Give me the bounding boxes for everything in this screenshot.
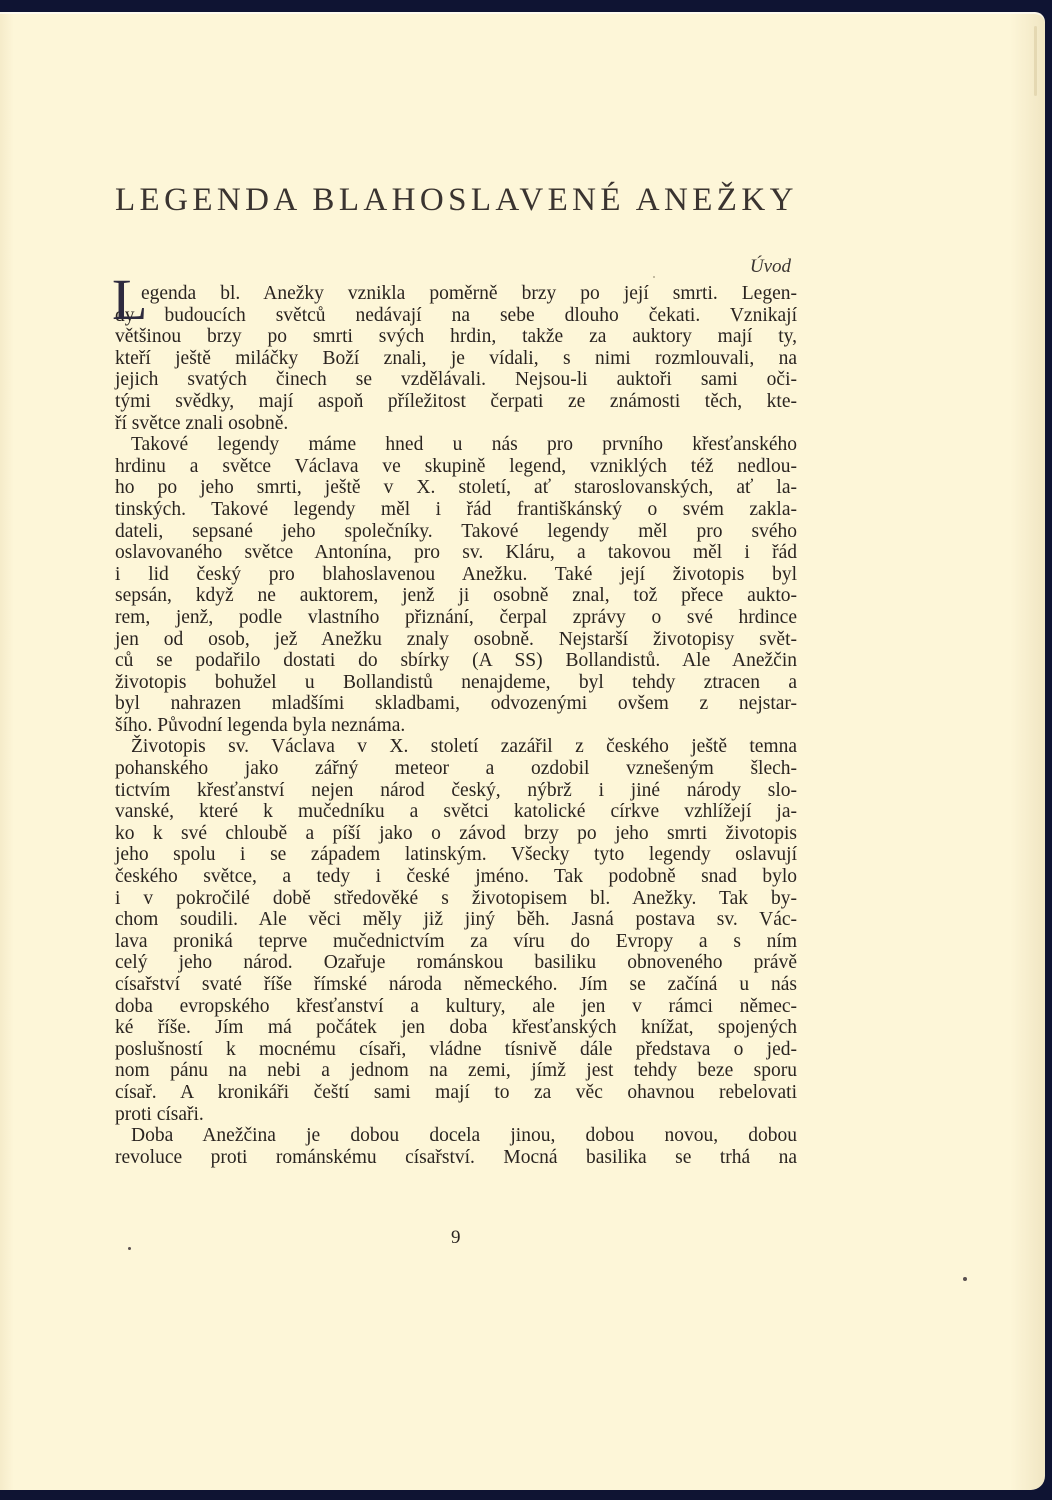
scanned-page-view: LEGENDA BLAHOSLAVENÉ ANEŽKY Úvod L egend… [0,0,1052,1500]
text-line: Doba Anežčina je dobou docela jinou, dob… [115,1125,797,1147]
text-line: jen od osob, jež Anežku znaly osobně. Ne… [115,629,797,651]
text-line: tými svědky, mají aspoň příležitost čerp… [115,391,797,413]
text-line: oslavovaného světce Antonína, pro sv. Kl… [115,542,797,564]
text-line: tictvím křesťanství nejen národ český, n… [115,780,797,802]
text-line: Takové legendy máme hned u nás pro první… [115,434,797,456]
text-line: pohanského jako zářný meteor a ozdobil v… [115,758,797,780]
page-number: 9 [451,1227,461,1249]
text-line: šího. Původní legenda byla neznáma. [115,715,797,737]
text-line: ko k své chloubě a píší jako o závod brz… [115,823,797,845]
page-title: LEGENDA BLAHOSLAVENÉ ANEŽKY [115,182,815,219]
text-line: císařství svaté říše římské národa němec… [115,974,797,996]
page-fold-shadow [1034,26,1037,96]
text-line: rem, jenž, podle vlastního přiznání, čer… [115,607,797,629]
text-line: jejich svatých činech se vzdělávali. Nej… [115,369,797,391]
text-line: ho po jeho smrti, ještě v X. století, ať… [115,477,797,499]
text-line: chom soudili. Ale věci měly již jiný běh… [115,909,797,931]
text-line: lava proniká teprve mučednictvím za víru… [115,931,797,953]
text-line: egenda bl. Anežky vznikla poměrně brzy p… [115,283,797,305]
text-line: poslušností k mocnému císaři, vládne tís… [115,1039,797,1061]
text-line: i lid český pro blahoslavenou Anežku. Ta… [115,564,797,586]
text-line: nom pánu na nebi a jednom na zemi, jímž … [115,1060,797,1082]
section-heading: Úvod [750,256,791,278]
text-line: tinských. Takové legendy měl i řád frant… [115,499,797,521]
text-line: císař. A kronikáři čeští sami mají to za… [115,1082,797,1104]
text-line: českého světce, a tedy i české jméno. Ta… [115,866,797,888]
text-line: proti císaři. [115,1104,797,1126]
text-line: kteří ještě miláčky Boží znali, je vídal… [115,348,797,370]
text-line: celý jeho národ. Ozařuje románskou basil… [115,952,797,974]
text-line: hrdinu a světce Václava ve skupině legen… [115,456,797,478]
text-line: doba evropského křesťanství a kultury, a… [115,996,797,1018]
text-line: většinou brzy po smrti svých hrdin, takž… [115,326,797,348]
text-line: vanské, které k mučedníku a světci katol… [115,801,797,823]
text-line: ké říše. Jím má počátek jen doba křesťan… [115,1017,797,1039]
text-line: i v pokročilé době středověké s životopi… [115,888,797,910]
paper-speck [963,1277,967,1281]
paper-speck [653,276,655,278]
text-line: revoluce proti románskému císařství. Moc… [115,1147,797,1169]
text-line: ří světce znali osobně. [115,413,797,435]
book-page: LEGENDA BLAHOSLAVENÉ ANEŽKY Úvod L egend… [0,12,1045,1490]
text-line: dy budoucích světců nedávají na sebe dlo… [115,305,797,327]
body-text: L egenda bl. Anežky vznikla poměrně brzy… [115,283,797,1168]
text-line: životopis bohužel u Bollandistů nenajdem… [115,672,797,694]
drop-cap: L [112,275,147,325]
text-line: Životopis sv. Václava v X. století zazář… [115,736,797,758]
text-line: jeho spolu i se západem latinským. Všeck… [115,844,797,866]
text-line: ců se podařilo dostati do sbírky (A SS) … [115,650,797,672]
text-line: dateli, sepsané jeho společníky. Takové … [115,521,797,543]
text-line: byl nahrazen mladšími skladbami, odvozen… [115,693,797,715]
text-line: sepsán, když ne auktorem, jenž ji osobně… [115,585,797,607]
paper-speck [128,1247,131,1250]
